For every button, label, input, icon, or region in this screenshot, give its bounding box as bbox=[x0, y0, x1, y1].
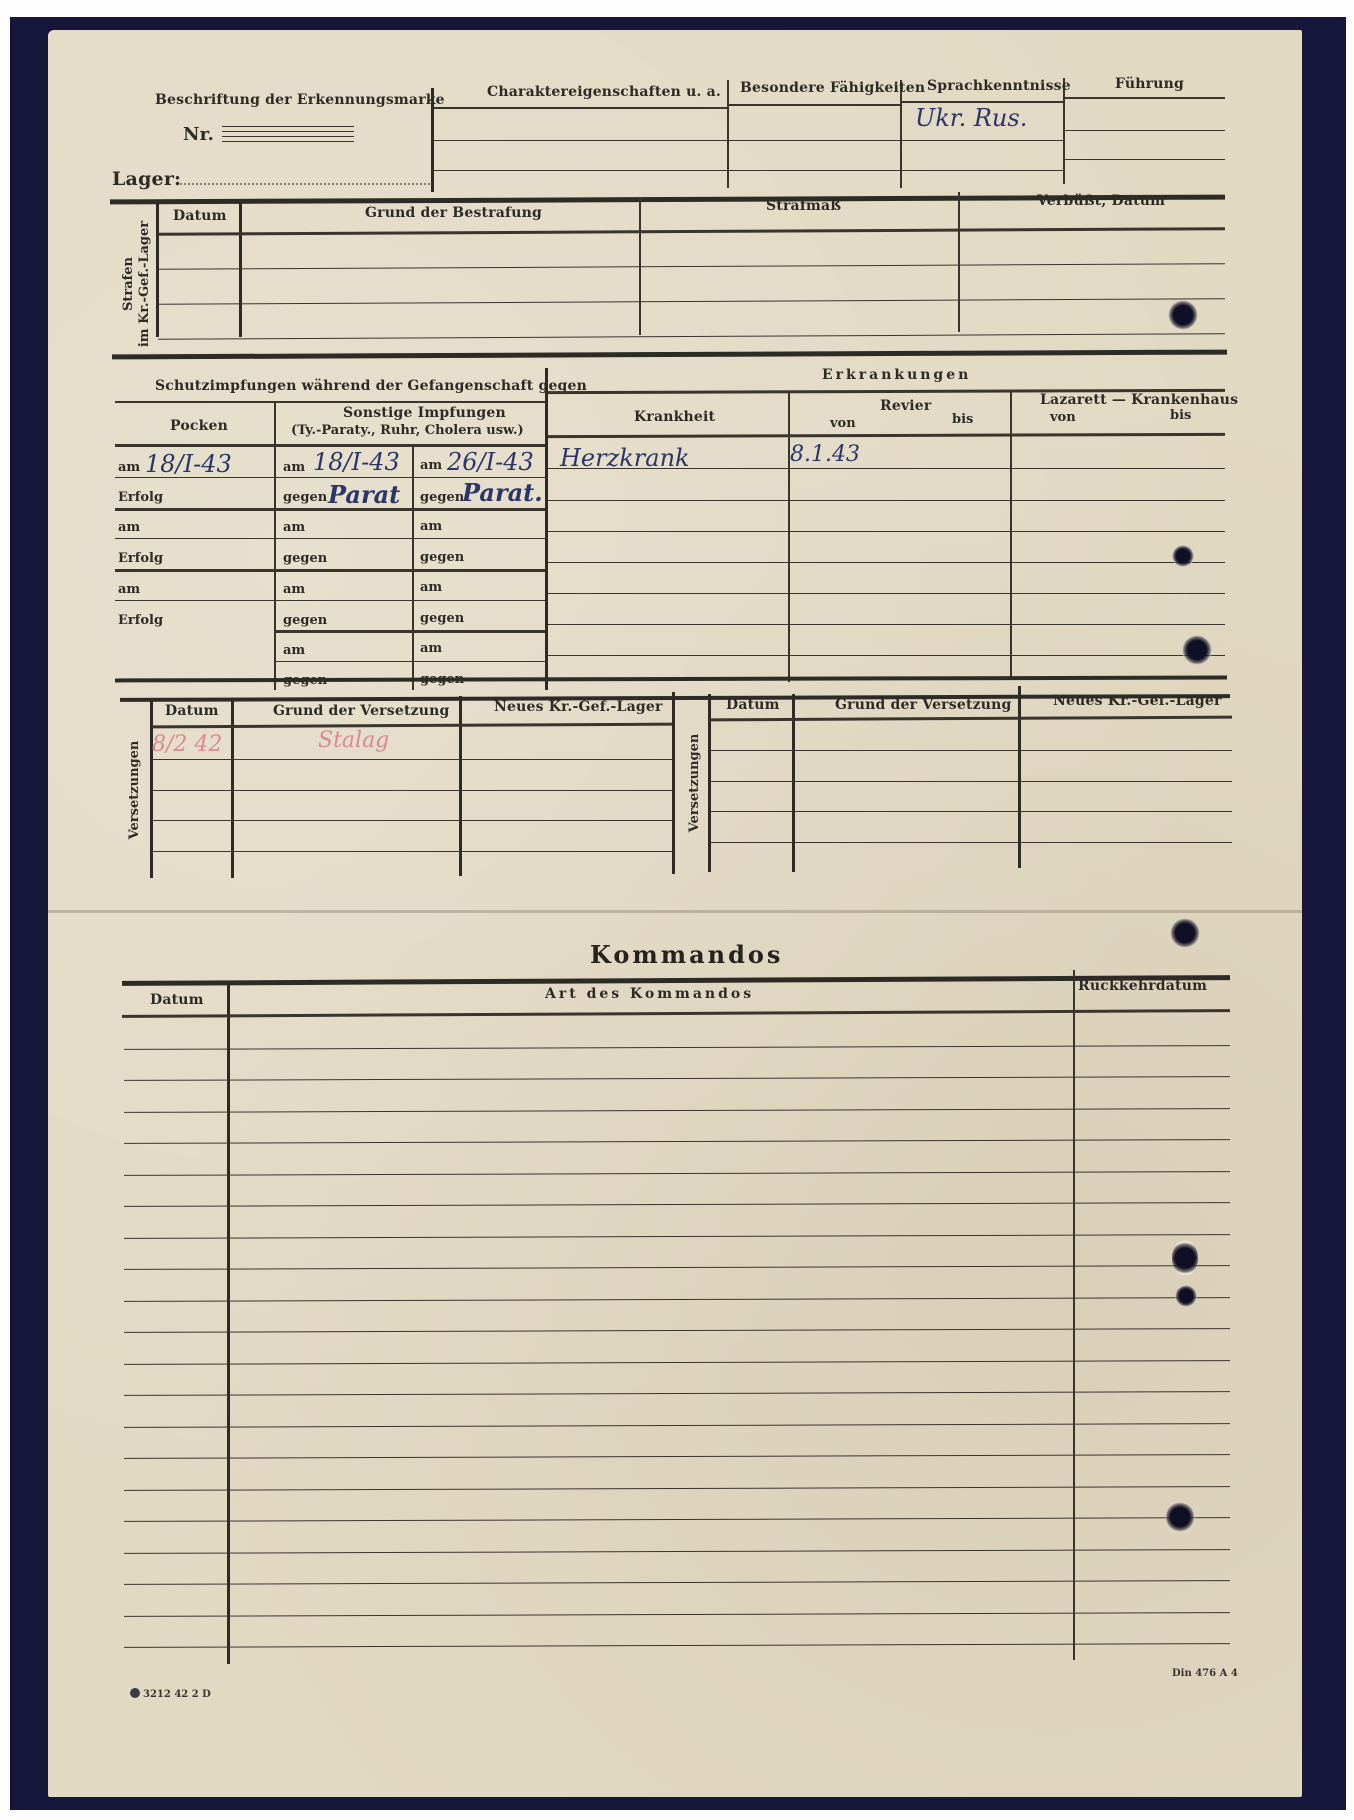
kommando-row[interactable] bbox=[124, 1018, 1228, 1047]
vers-right-col-lager: Neues Kr.-Gef.-Lager bbox=[1053, 693, 1222, 709]
lager-field[interactable] bbox=[180, 182, 430, 185]
lazarett-bis-field[interactable] bbox=[1115, 440, 1223, 470]
vers-left-col-datum: Datum bbox=[165, 703, 219, 719]
strafen-row[interactable] bbox=[158, 303, 1224, 337]
vers-right-col-grund: Grund der Versetzung bbox=[835, 697, 1012, 713]
sonstige-am-label: am bbox=[420, 458, 442, 473]
punch-hole-icon bbox=[1172, 545, 1194, 567]
lazarett-bis-label: bis bbox=[1170, 408, 1191, 423]
sonstige-gegen-label: gegen bbox=[283, 490, 327, 505]
sonstige-gegen-label: gegen bbox=[420, 611, 464, 626]
vers-left-lager-field[interactable] bbox=[462, 728, 670, 758]
kommando-row[interactable] bbox=[124, 1459, 1228, 1488]
kommando-row[interactable] bbox=[124, 1112, 1228, 1141]
revier-von-label: von bbox=[830, 416, 856, 431]
versetzungen-side-label-left: Versetzungen bbox=[127, 720, 143, 860]
revier-bis-field[interactable] bbox=[930, 440, 1008, 470]
vers-left-col-lager: Neues Kr.-Gef.-Lager bbox=[494, 699, 663, 715]
kommando-row[interactable] bbox=[124, 1081, 1228, 1110]
punch-hole-icon bbox=[1170, 918, 1200, 948]
nr-field[interactable] bbox=[222, 124, 354, 146]
strafen-col-datum: Datum bbox=[173, 208, 227, 224]
col-faehigkeiten: Besondere Fähigkeiten bbox=[740, 80, 925, 96]
lazarett-von-label: von bbox=[1050, 410, 1076, 425]
lager-label: Lager: bbox=[112, 168, 181, 190]
sonstige-am-label: am bbox=[420, 641, 442, 656]
sonstige-2-gegen-value[interactable]: Parat. bbox=[462, 478, 543, 507]
erkrankungen-title: Erkrankungen bbox=[822, 367, 971, 383]
pocken-erfolg-label: Erfolg bbox=[118, 551, 163, 566]
pocken-erfolg-label: Erfolg bbox=[118, 613, 163, 628]
versetzungen-side-label-right: Versetzungen bbox=[687, 713, 703, 853]
punch-hole-icon bbox=[1165, 1502, 1195, 1532]
pocken-am-value[interactable]: 18/I-43 bbox=[145, 450, 232, 478]
sonstige-1-am-value[interactable]: 18/I-43 bbox=[313, 448, 400, 476]
kommandos-col-rueckkehr: Rückkehrdatum bbox=[1078, 978, 1207, 994]
kommando-row[interactable] bbox=[124, 1270, 1228, 1299]
krankheit-label: Krankheit bbox=[634, 409, 715, 425]
sonstige-1-gegen-value[interactable]: Parat bbox=[328, 480, 400, 509]
punch-hole-icon bbox=[1168, 300, 1198, 330]
kommando-row[interactable] bbox=[124, 1364, 1228, 1393]
punch-hole-icon bbox=[1182, 635, 1212, 665]
strafen-row[interactable] bbox=[158, 268, 1224, 302]
revier-von-value[interactable]: 8.1.43 bbox=[790, 442, 860, 467]
sonstige-am-label: am bbox=[283, 460, 305, 475]
sonstige-am-label: am bbox=[283, 520, 305, 535]
kommandos-col-datum: Datum bbox=[150, 992, 204, 1008]
kommando-row[interactable] bbox=[124, 1175, 1228, 1204]
kommandos-col-art: Art des Kommandos bbox=[545, 986, 754, 1002]
kommando-row[interactable] bbox=[124, 1522, 1228, 1551]
kommando-row[interactable] bbox=[124, 1333, 1228, 1362]
kommando-row[interactable] bbox=[124, 1049, 1228, 1078]
fold-line bbox=[48, 910, 1302, 913]
punch-hole-icon bbox=[1172, 1240, 1198, 1276]
sonstige-am-label: am bbox=[283, 643, 305, 658]
kommando-row[interactable] bbox=[124, 1207, 1228, 1236]
kommandos-title: Kommandos bbox=[590, 940, 783, 969]
pocken-am-label: am bbox=[118, 520, 140, 535]
lazarett-von-field[interactable] bbox=[1012, 440, 1112, 470]
vers-left-grund-value[interactable]: Stalag bbox=[318, 728, 389, 753]
col-fuehrung: Führung bbox=[1115, 76, 1184, 92]
impfungen-title: Schutzimpfungen während der Gefangenscha… bbox=[155, 378, 587, 394]
sonstige-am-label: am bbox=[283, 582, 305, 597]
nr-label: Nr. bbox=[183, 124, 214, 145]
sonstige-am-label: am bbox=[420, 519, 442, 534]
col-charakter: Charaktereigenschaften u. a. bbox=[487, 84, 721, 100]
vers-right-col-datum: Datum bbox=[726, 697, 780, 713]
revier-label: Revier bbox=[880, 398, 931, 414]
kommando-row[interactable] bbox=[124, 1553, 1228, 1582]
faehigkeiten-field[interactable] bbox=[730, 108, 898, 170]
strafen-row[interactable] bbox=[158, 233, 1224, 267]
kommando-row[interactable] bbox=[124, 1490, 1228, 1519]
kommando-row[interactable] bbox=[124, 1238, 1228, 1267]
fuehrung-field[interactable] bbox=[1066, 100, 1224, 160]
pocken-am-label: am bbox=[118, 582, 140, 597]
kommando-row[interactable] bbox=[124, 1585, 1228, 1614]
lazarett-label: Lazarett — Krankenhaus bbox=[1040, 392, 1238, 408]
strafen-rows bbox=[158, 233, 1224, 368]
sonstige-gegen-label: gegen bbox=[283, 551, 327, 566]
erkennungsmarke-label: Beschriftung der Erkennungsmarke bbox=[155, 92, 445, 108]
strafen-col-verbuesst: Verbüßt, Datum bbox=[1037, 193, 1165, 209]
kommando-row[interactable] bbox=[124, 1301, 1228, 1330]
sonstige-label-2: (Ty.-Paraty., Ruhr, Cholera usw.) bbox=[291, 423, 524, 438]
strafen-col-grund: Grund der Bestrafung bbox=[365, 205, 542, 221]
charakter-field[interactable] bbox=[436, 110, 726, 170]
sonstige-gegen-label: gegen bbox=[420, 490, 464, 505]
sonstige-am-label: am bbox=[420, 580, 442, 595]
pocken-am-label: am bbox=[118, 460, 140, 475]
kommando-row[interactable] bbox=[124, 1616, 1228, 1645]
vers-left-datum-value[interactable]: 8/2 42 bbox=[152, 732, 222, 757]
kommando-row[interactable] bbox=[124, 1144, 1228, 1173]
kommando-row[interactable] bbox=[124, 1396, 1228, 1425]
din-label: Din 476 A 4 bbox=[1172, 1668, 1238, 1679]
strafen-col-strafmass: Strafmaß bbox=[766, 198, 841, 214]
print-mark-icon bbox=[130, 1688, 140, 1698]
sprachkenntnisse-value[interactable]: Ukr. Rus. bbox=[915, 104, 1027, 132]
revier-bis-label: bis bbox=[952, 412, 973, 427]
punch-hole-icon bbox=[1175, 1285, 1197, 1307]
col-sprachkenntnisse: Sprachkenntnisse bbox=[927, 78, 1071, 94]
sonstige-gegen-label: gegen bbox=[420, 550, 464, 565]
vers-right-rows[interactable] bbox=[710, 720, 1230, 870]
sonstige-gegen-label: gegen bbox=[283, 613, 327, 628]
print-code: 3212 42 2 D bbox=[130, 1688, 211, 1700]
sonstige-2-am-value[interactable]: 26/I-43 bbox=[447, 448, 534, 476]
pocken-erfolg-label: Erfolg bbox=[118, 490, 163, 505]
vers-left-col-grund: Grund der Versetzung bbox=[273, 703, 450, 719]
strafen-side-label: Strafen im Kr.-Gef.-Lager bbox=[121, 209, 153, 359]
pocken-label: Pocken bbox=[170, 418, 228, 434]
kommando-row[interactable] bbox=[124, 1427, 1228, 1456]
sonstige-label-1: Sonstige Impfungen bbox=[343, 405, 506, 421]
